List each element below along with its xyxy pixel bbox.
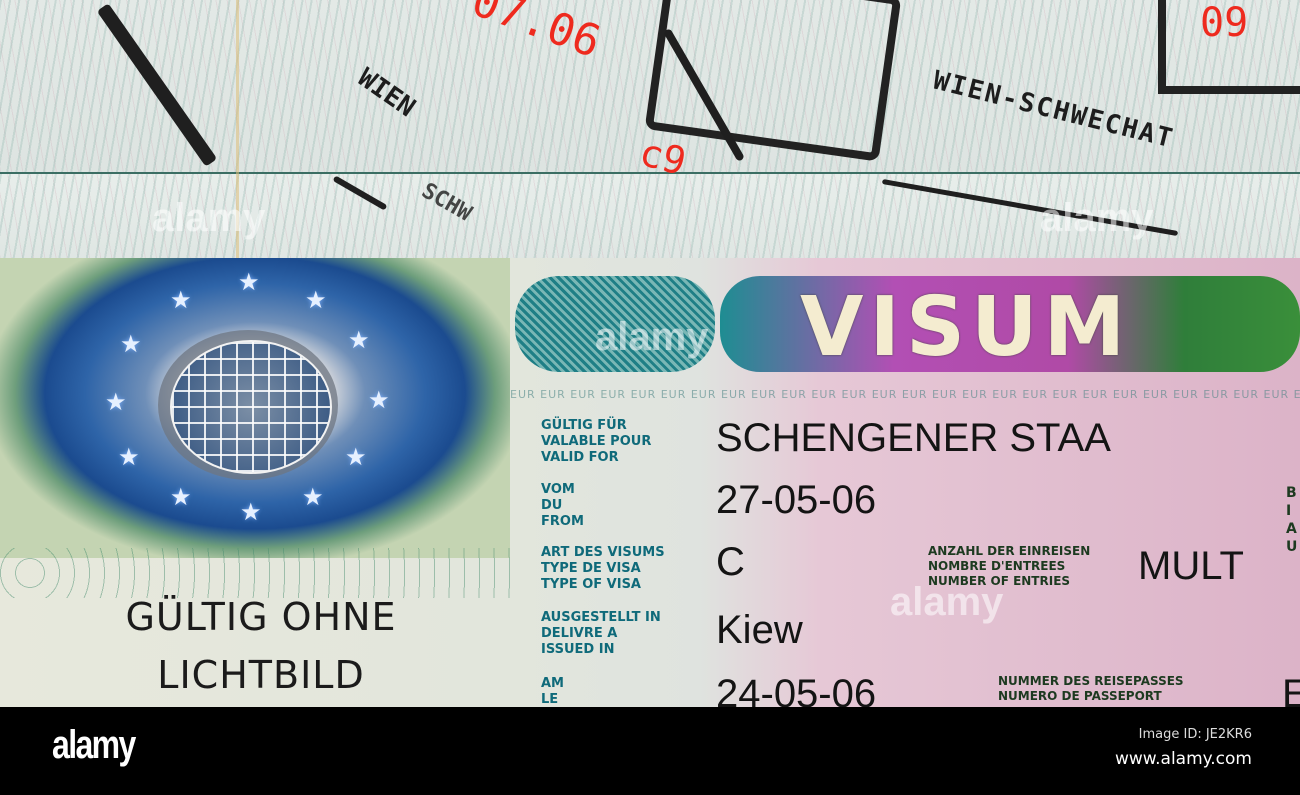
star-icon: ★ [105,388,127,416]
value-valid-for: SCHENGENER STAA [716,416,1111,460]
value-issue-date: 24-05-06 [716,672,876,707]
watermark-logo: alamy [1040,196,1153,241]
star-icon: ★ [240,498,262,526]
watermark-logo: alamy [595,315,708,360]
value-number-of-entries: MULT [1138,544,1244,588]
value-issued-in: Kiew [716,608,803,652]
visum-letters: VISUM [720,276,1300,372]
star-icon: ★ [345,443,367,471]
value-visa-type: C [716,540,745,584]
globe-icon [170,340,332,474]
alamy-logo: alamy [52,723,135,768]
no-photo-line-1: GÜLTIG OHNE [36,588,486,646]
star-icon: ★ [368,386,390,414]
star-icon: ★ [170,483,192,511]
label-partial-side: BI A U [1286,484,1300,556]
watermark-logo: alamy [890,580,1003,625]
value-passport-number: E [1282,672,1300,707]
label-type-of-visa: ART DES VISUMSTYPE DE VISATYPE OF VISA [541,545,665,593]
hologram: ★ ★ ★ ★ ★ ★ ★ ★ ★ ★ ★ ★ [0,258,510,558]
passport-photo: WIEN SCHW 07.06 c9 WIEN-SCHWECHAT 09 ★ ★… [0,0,1300,707]
star-icon: ★ [305,286,327,314]
stamp-date-red-right: 09 [1200,0,1248,46]
label-issued-in: AUSGESTELLT INDELIVRE AISSUED IN [541,610,661,658]
watermark-logo: alamy [152,196,265,241]
footer-bar: alamy Image ID: JE2KR6 www.alamy.com [0,707,1300,795]
no-photo-line-2: LICHTBILD [36,646,486,704]
star-icon: ★ [118,443,140,471]
star-icon: ★ [348,326,370,354]
star-icon: ★ [170,286,192,314]
image-id: Image ID: JE2KR6 [1139,727,1252,742]
website-link[interactable]: www.alamy.com [1115,749,1252,769]
visum-title: VISUM [800,280,1131,375]
label-from: VOMDUFROM [541,482,584,530]
star-icon: ★ [120,330,142,358]
label-on: AMLE [541,676,564,707]
star-icon: ★ [302,483,324,511]
label-passport-number: NUMMER DES REISEPASSESNUMERO DE PASSEPOR… [998,674,1184,704]
valid-without-photo-text: GÜLTIG OHNE LICHTBILD [36,588,486,704]
star-icon: ★ [238,268,260,296]
value-from-date: 27-05-06 [716,478,876,522]
label-valid-for: GÜLTIG FÜRVALABLE POURVALID FOR [541,418,651,466]
